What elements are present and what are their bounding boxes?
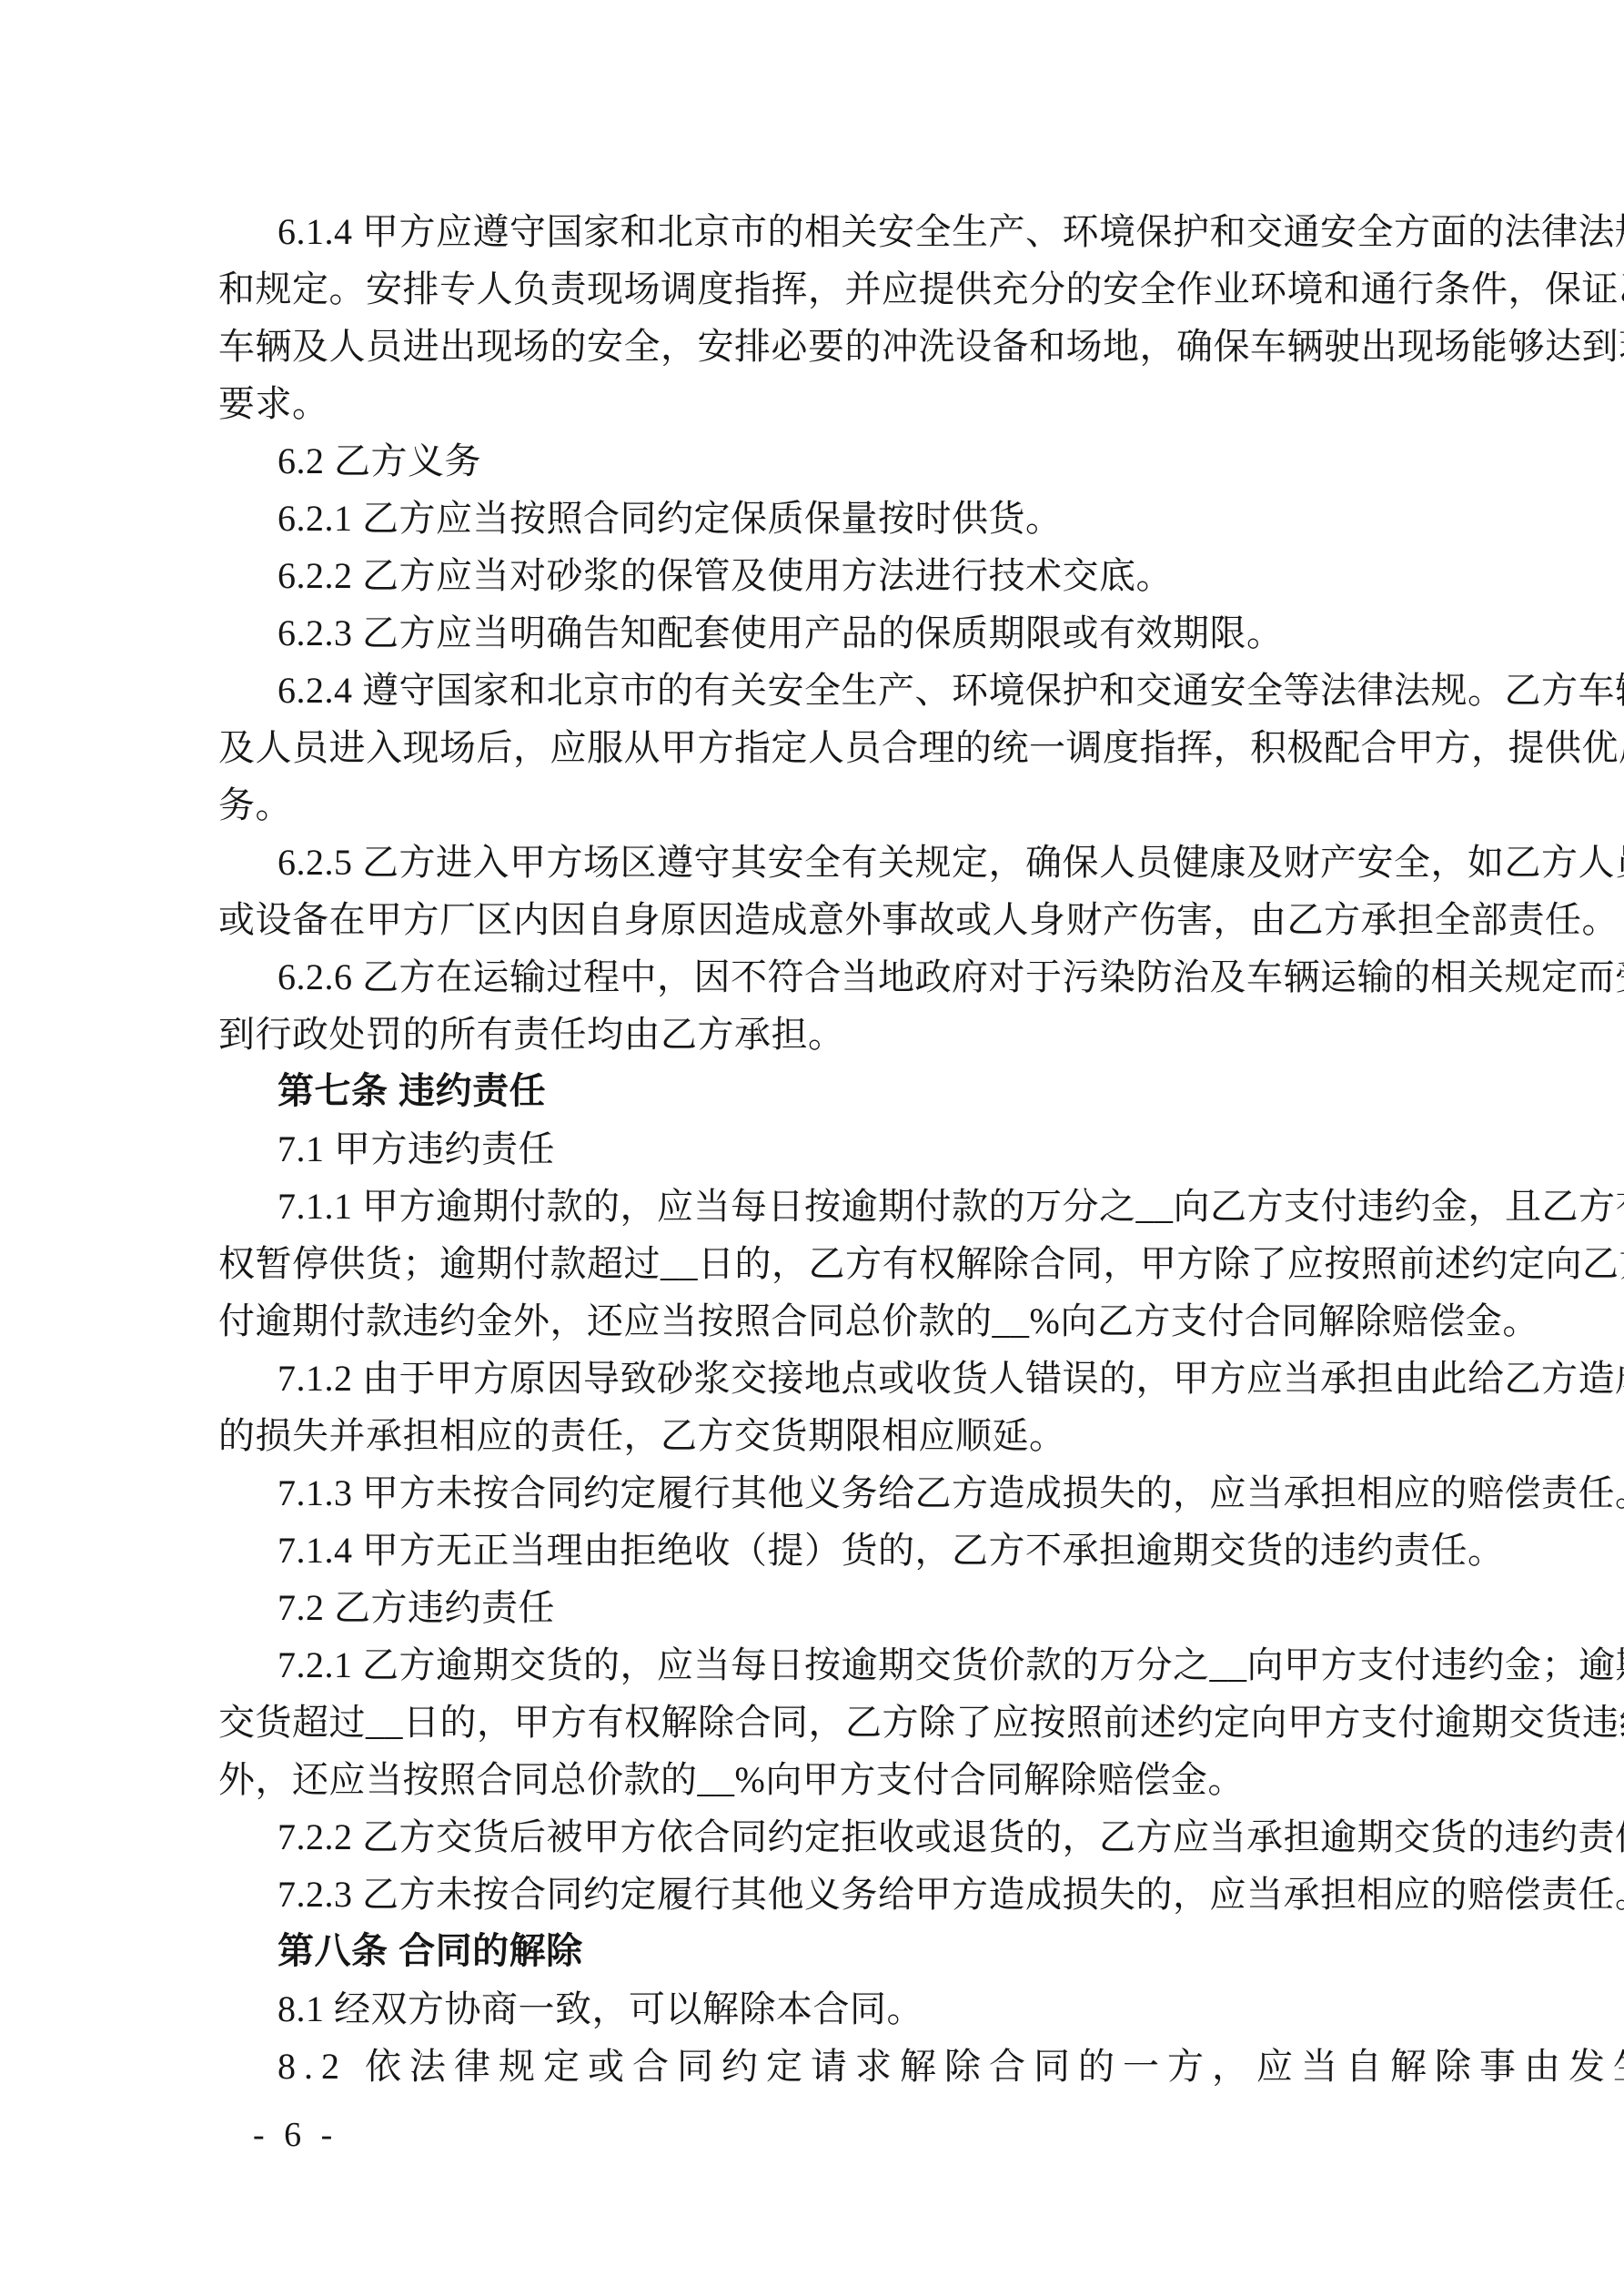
doc-line: 6.2.4 遵守国家和北京市的有关安全生产、环境保护和交通安全等法律法规。乙方车… xyxy=(218,662,1419,719)
doc-line: 付逾期付款违约金外，还应当按照合同总价款的__%向乙方支付合同解除赔偿金。 xyxy=(218,1292,1419,1350)
clause-heading-7: 第七条 违约责任 xyxy=(218,1063,1419,1120)
contract-text-block: 6.1.4 甲方应遵守国家和北京市的相关安全生产、环境保护和交通安全方面的法律法… xyxy=(218,203,1419,2095)
doc-line: 7.2.1 乙方逾期交货的，应当每日按逾期交货价款的万分之__向甲方支付违约金；… xyxy=(218,1636,1419,1694)
doc-line: 权暂停供货；逾期付款超过__日的，乙方有权解除合同，甲方除了应按照前述约定向乙方… xyxy=(218,1235,1419,1292)
doc-line: 要求。 xyxy=(218,375,1419,432)
doc-line: 交货超过__日的，甲方有权解除合同，乙方除了应按照前述约定向甲方支付逾期交货违约… xyxy=(218,1694,1419,1751)
doc-line: 务。 xyxy=(218,776,1419,834)
doc-line: 6.2.6 乙方在运输过程中，因不符合当地政府对于污染防治及车辆运输的相关规定而… xyxy=(218,948,1419,1006)
doc-line: 7.1.3 甲方未按合同约定履行其他义务给乙方造成损失的，应当承担相应的赔偿责任… xyxy=(218,1464,1419,1522)
doc-line: 6.2.2 乙方应当对砂浆的保管及使用方法进行技术交底。 xyxy=(218,547,1419,604)
doc-line: 7.1.1 甲方逾期付款的，应当每日按逾期付款的万分之__向乙方支付违约金，且乙… xyxy=(218,1178,1419,1235)
doc-line: 7.1.2 由于甲方原因导致砂浆交接地点或收货人错误的，甲方应当承担由此给乙方造… xyxy=(218,1350,1419,1407)
doc-line: 7.2.3 乙方未按合同约定履行其他义务给甲方造成损失的，应当承担相应的赔偿责任… xyxy=(218,1866,1419,1923)
doc-line: 及人员进入现场后，应服从甲方指定人员合理的统一调度指挥，积极配合甲方，提供优质服 xyxy=(218,719,1419,776)
clause-heading-8: 第八条 合同的解除 xyxy=(218,1923,1419,1980)
doc-line: 7.2.2 乙方交货后被甲方依合同约定拒收或退货的，乙方应当承担逾期交货的违约责… xyxy=(218,1808,1419,1866)
doc-line: 车辆及人员进出现场的安全，安排必要的冲洗设备和场地，确保车辆驶出现场能够达到环保 xyxy=(218,318,1419,375)
doc-line: 8.1 经双方协商一致，可以解除本合同。 xyxy=(218,1980,1419,2038)
doc-line: 6.2.3 乙方应当明确告知配套使用产品的保质期限或有效期限。 xyxy=(218,604,1419,662)
doc-line: 外，还应当按照合同总价款的__%向甲方支付合同解除赔偿金。 xyxy=(218,1751,1419,1808)
doc-line: 到行政处罚的所有责任均由乙方承担。 xyxy=(218,1006,1419,1063)
doc-line: 7.1.4 甲方无正当理由拒绝收（提）货的，乙方不承担逾期交货的违约责任。 xyxy=(218,1522,1419,1579)
doc-line: 6.2 乙方义务 xyxy=(218,432,1419,490)
doc-line: 的损失并承担相应的责任，乙方交货期限相应顺延。 xyxy=(218,1407,1419,1464)
doc-line: 6.2.1 乙方应当按照合同约定保质保量按时供货。 xyxy=(218,490,1419,547)
doc-line: 6.2.5 乙方进入甲方场区遵守其安全有关规定，确保人员健康及财产安全，如乙方人… xyxy=(218,834,1419,891)
doc-line: 6.1.4 甲方应遵守国家和北京市的相关安全生产、环境保护和交通安全方面的法律法… xyxy=(218,203,1419,260)
contract-page: 6.1.4 甲方应遵守国家和北京市的相关安全生产、环境保护和交通安全方面的法律法… xyxy=(0,0,1624,2296)
doc-line: 7.1 甲方违约责任 xyxy=(218,1120,1419,1178)
doc-line: 8.2 依法律规定或合同约定请求解除合同的一方，应当自解除事由发生之日 xyxy=(218,2038,1419,2095)
doc-line: 或设备在甲方厂区内因自身原因造成意外事故或人身财产伤害，由乙方承担全部责任。 xyxy=(218,891,1419,948)
doc-line: 7.2 乙方违约责任 xyxy=(218,1579,1419,1636)
page-number: - 6 - xyxy=(253,2113,338,2157)
doc-line: 和规定。安排专人负责现场调度指挥，并应提供充分的安全作业环境和通行条件，保证乙方 xyxy=(218,260,1419,318)
